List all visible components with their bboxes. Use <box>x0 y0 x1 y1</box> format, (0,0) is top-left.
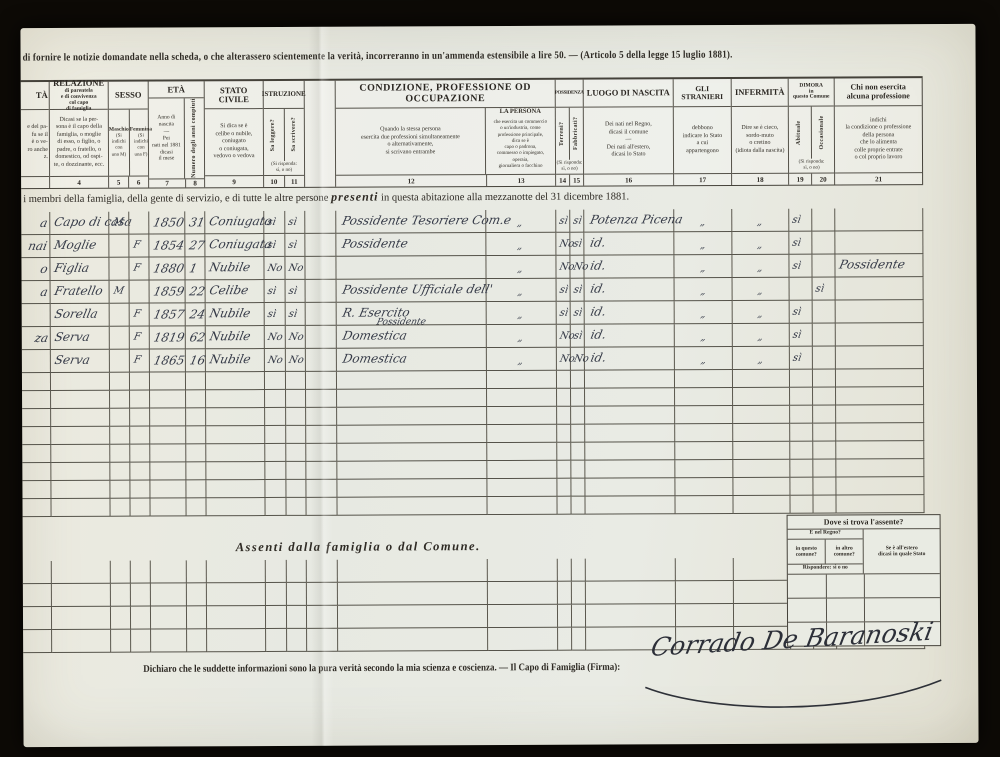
col-num-12: 12 <box>336 175 487 187</box>
cell-sesso-m: M <box>110 281 130 304</box>
col-title-non-esercita: Chi non esercita alcuna professione <box>835 78 922 106</box>
col-stato-civile: STATO CIVILE Si dica se è celibe o nubil… <box>205 81 264 187</box>
cell-name-fragment: a <box>22 281 51 304</box>
cell-sesso-f <box>130 281 150 304</box>
cell-sa-leggere: No <box>265 326 286 349</box>
cell-anni-compiuti: 31 <box>185 211 205 234</box>
cell-name-fragment: nai <box>21 235 50 258</box>
cell-professione: Domestica <box>337 325 487 349</box>
cell-dimora-occasionale <box>812 232 835 255</box>
cell-luogo-nascita: id. <box>585 324 675 347</box>
cell-dimora-occasionale: sì <box>813 278 836 301</box>
cell-sesso-f: F <box>130 327 150 350</box>
col-title-paternita: TÀ <box>21 82 49 110</box>
cell-dimora-abituale: sì <box>789 209 812 232</box>
cell-infermita-ditto: „ <box>732 209 789 232</box>
cell-sa-scrivere: sì <box>285 211 305 234</box>
cell-stato-civile: Nubile <box>205 257 264 280</box>
col-desc-stranieri: debbono indicare lo Stato a cui apparten… <box>682 124 723 156</box>
cell-sa-scrivere: No <box>286 326 306 349</box>
cell-sa-scrivere: sì <box>286 303 306 326</box>
cell-infermita-ditto: „ <box>732 255 789 278</box>
col-num-non-esercita: 21 <box>835 173 922 184</box>
cell-sa-leggere: sì <box>265 303 286 326</box>
cell-name-fragment <box>22 304 51 327</box>
cell-persona-ditto: „ <box>486 233 556 256</box>
cell-persona-ditto: „ <box>487 325 557 348</box>
col-title-istruzione: ISTRUZIONE <box>264 81 304 109</box>
col-num-luogo-nascita: 16 <box>584 174 673 185</box>
cell-professione: Possidente <box>336 233 486 257</box>
col-num-paternita <box>21 177 49 188</box>
col-subtitle-relazione: di parentela e di convivenza col capo di… <box>61 88 97 112</box>
cell-luogo-nascita: id. <box>584 232 674 255</box>
cell-stranieri-ditto: „ <box>674 232 732 255</box>
cell-professione: Possidente Ufficiale dell' <box>337 279 487 303</box>
presenti-post: in questa abitazione alla mezzanotte del… <box>378 191 629 203</box>
cell-infermita-ditto: „ <box>733 278 790 301</box>
cell-sa-leggere: No <box>264 257 285 280</box>
col-num-scrivere: 11 <box>285 176 305 187</box>
cell-anno-nascita: 1854 <box>149 234 185 257</box>
assente-regno-label: E nel Regno? <box>788 529 863 539</box>
col-possidenza: POSSIDENZA Terreni? Fabbricati? (Si risp… <box>556 80 584 186</box>
cell-name-fragment: za <box>22 327 51 350</box>
cell-spacer <box>306 349 337 372</box>
cell-professione: Domestica <box>337 348 487 372</box>
census-form-paper: di fornire le notizie domandate nella sc… <box>20 24 978 747</box>
cell-chi-non-esercita <box>836 346 924 369</box>
cell-relazione: Sorella <box>51 304 110 327</box>
legal-notice: di fornire le notizie domandate nella sc… <box>23 47 953 63</box>
cell-sesso-m <box>109 235 129 258</box>
cell-fabbricati: No <box>570 256 584 279</box>
cell-dimora-abituale: sì <box>790 324 813 347</box>
cell-professione <box>336 256 486 280</box>
col-num-stato-civile: 9 <box>205 176 263 187</box>
cell-infermita-ditto: „ <box>733 324 790 347</box>
cell-anni-compiuti: 27 <box>185 234 205 257</box>
cell-fabbricati: sì <box>571 325 585 348</box>
cell-stranieri-ditto: „ <box>675 324 733 347</box>
signature-flourish <box>641 672 951 719</box>
cell-professione: Possidente Tesoriere Com.e <box>336 210 486 234</box>
col-desc-sa-leggere: Sa leggere? <box>270 119 278 151</box>
cell-name-fragment: o <box>21 258 50 281</box>
note-femmina: (Si indichi con una F) <box>134 133 148 158</box>
cell-anno-nascita: 1819 <box>150 326 186 349</box>
col-title-luogo-nascita: LUOGO DI NASCITA <box>584 79 673 107</box>
col-title-stranieri: GLI STRANIERI <box>674 79 731 107</box>
col-title-dimora: DIMORA in questo Comune <box>789 79 834 107</box>
cell-stato-civile: Nubile <box>206 326 265 349</box>
cell-name-fragment: a <box>21 212 50 235</box>
cell-name-fragment <box>22 350 51 373</box>
cell-chi-non-esercita: Possidente <box>835 254 923 277</box>
cell-spacer <box>305 234 336 257</box>
col-title-la-persona: LA PERSONA <box>500 108 541 116</box>
col-title-stato-civile: STATO CIVILE <box>205 81 263 109</box>
col-num-femmina: 6 <box>129 177 148 188</box>
col-title-sesso: SESSO <box>109 82 148 110</box>
cell-relazione: Moglie <box>50 235 109 258</box>
cell-sesso-m <box>109 258 129 281</box>
cell-sesso-m: M <box>109 212 129 235</box>
cell-relazione: Fratello <box>51 281 110 304</box>
assente-box-title: Dove si trova l'assente? <box>788 515 940 530</box>
col-condizione: CONDIZIONE, PROFESSIONE OD OCCUPAZIONE Q… <box>336 80 556 187</box>
cell-terreni: No <box>556 256 570 279</box>
cell-sesso-f <box>129 212 149 235</box>
cell-sesso-f: F <box>130 350 150 373</box>
col-desc-sa-scrivere: Sa scrivere? <box>290 117 298 152</box>
col-num-terreni: 14 <box>556 175 570 186</box>
col-istruzione: ISTRUZIONE Sa leggere? Sa scrivere? (Si … <box>264 81 305 187</box>
cell-fabbricati: sì <box>570 233 584 256</box>
cell-persona-ditto: „ <box>487 302 557 325</box>
cell-anni-compiuti: 1 <box>185 257 205 280</box>
cell-anni-compiuti: 24 <box>186 303 206 326</box>
cell-dimora-abituale <box>790 278 813 301</box>
cell-anni-compiuti: 62 <box>186 326 206 349</box>
cell-relazione: Capo di casa <box>50 212 109 235</box>
col-num-fabbricati: 15 <box>570 175 583 186</box>
cell-stato-civile: Nubile <box>206 303 265 326</box>
cell-infermita-ditto: „ <box>733 301 790 324</box>
cell-chi-non-esercita <box>836 277 924 300</box>
cell-fabbricati: sì <box>571 279 585 302</box>
col-title-relazione: RELAZIONE <box>53 79 104 88</box>
col-desc-13: che esercita un commercio o un'industria… <box>493 119 549 171</box>
col-stranieri: GLI STRANIERI debbono indicare lo Stato … <box>674 79 732 185</box>
col-desc-12: Quando la stessa persona esercita due pr… <box>360 125 461 157</box>
cell-anno-nascita: 1880 <box>149 257 185 280</box>
cell-dimora-occasionale <box>813 301 836 324</box>
cell-dimora-occasionale <box>812 209 835 232</box>
col-dimora: DIMORA in questo Comune Abituale Occasio… <box>789 79 835 185</box>
col-desc-terreni: Terreni? <box>559 121 567 145</box>
col-desc-occasionale: Occasionale <box>819 115 827 149</box>
cell-luogo-nascita: id. <box>585 301 675 324</box>
assente-altro-comune: in altro comune? <box>826 539 863 563</box>
col-num-maschio: 5 <box>109 177 129 188</box>
cell-stato-civile: Coniugato <box>205 211 264 234</box>
cell-spacer <box>306 303 337 326</box>
cell-spacer <box>305 257 336 280</box>
col-note-possidenza: (Si risponda: sì, o no) <box>556 159 583 174</box>
cell-sa-scrivere: No <box>285 257 305 280</box>
col-note-istruzione: (Si risponda: sì, o no) <box>264 160 304 175</box>
cell-luogo-nascita: id. <box>584 255 674 278</box>
col-num-infermita: 18 <box>732 174 788 185</box>
col-eta: ETÀ Anno di nascita — Pei nati nel 1881 … <box>149 81 205 187</box>
cell-sesso-m <box>110 350 130 373</box>
cell-fabbricati: No <box>571 348 585 371</box>
col-desc-anno-nascita: Anno di nascita — Pei nati nel 1881 dica… <box>149 114 184 164</box>
cell-spacer <box>306 280 337 303</box>
col-note-dimora: (Si risponda: sì, o no) <box>789 158 834 173</box>
presenti-pre: i membri della famiglia, della gente di … <box>23 193 331 205</box>
cell-sa-scrivere: sì <box>286 280 306 303</box>
col-num-stranieri: 17 <box>674 174 731 185</box>
column-header-table: TÀ e del pa- fu se il è o ve- ro anche z… <box>21 76 923 189</box>
assenti-section-title: Assenti dalla famiglia o dal Comune. <box>236 539 481 555</box>
cell-relazione: Serva <box>51 350 110 373</box>
cell-anno-nascita: 1859 <box>150 280 186 303</box>
note-maschio: (Si indichi con una M) <box>112 134 127 159</box>
col-paternita-partial: TÀ e del pa- fu se il è o ve- ro anche z… <box>21 82 50 188</box>
cell-persona-ditto: „ <box>487 279 557 302</box>
col-desc-non-esercita: indichi la condizione o professione dell… <box>844 116 912 163</box>
cell-stato-civile: Celibe <box>206 280 265 303</box>
cell-terreni: No <box>557 348 571 371</box>
cell-persona-ditto: „ <box>486 256 556 279</box>
cell-sesso-m <box>110 327 130 350</box>
cell-dimora-abituale: sì <box>790 301 813 324</box>
cell-terreni: No <box>557 325 571 348</box>
cell-stato-civile: Nubile <box>206 349 265 372</box>
cell-dimora-abituale: sì <box>790 347 813 370</box>
cell-dimora-abituale: sì <box>789 255 812 278</box>
cell-sesso-f: F <box>130 304 150 327</box>
cell-relazione: Serva <box>51 327 110 350</box>
cell-sa-leggere: sì <box>265 280 286 303</box>
cell-sa-leggere: sì <box>264 234 285 257</box>
cell-professione: R. EsercitoPossidente <box>337 302 487 326</box>
col-infermita: INFERMITÀ Dire se è cieco, sordo-muto o … <box>732 79 789 185</box>
cell-dimora-occasionale <box>813 347 836 370</box>
cell-sa-scrivere: sì <box>285 234 305 257</box>
cell-stranieri-ditto: „ <box>675 347 733 370</box>
col-desc-fabbricati: Fabbricati? <box>573 117 581 150</box>
cell-infermita-ditto: „ <box>732 232 789 255</box>
cell-terreni: sì <box>557 302 571 325</box>
cell-sa-scrivere: No <box>286 349 306 372</box>
col-desc-abituale: Abituale <box>796 120 804 144</box>
cell-dimora-abituale: sì <box>789 232 812 255</box>
col-desc-paternita: e del pa- fu se il è o ve- ro anche z. <box>21 123 49 163</box>
col-spacer <box>305 81 336 187</box>
col-relazione: RELAZIONE di parentela e di convivenza c… <box>50 82 109 188</box>
col-num-abituale: 19 <box>789 174 812 185</box>
cell-relazione: Figlia <box>50 258 109 281</box>
col-num-leggere: 10 <box>264 176 285 187</box>
cell-sesso-m <box>110 304 130 327</box>
cell-terreni: sì <box>556 210 570 233</box>
cell-anno-nascita: 1850 <box>149 211 185 234</box>
col-desc-luogo-nascita: Dei nati nel Regno, dicasi il comune — D… <box>604 121 653 161</box>
cell-infermita-ditto: „ <box>733 347 790 370</box>
col-title-possidenza: POSSIDENZA <box>556 80 583 108</box>
cell-luogo-nascita: id. <box>585 347 675 370</box>
cell-stranieri-ditto: „ <box>674 255 732 278</box>
cell-dimora-occasionale <box>812 255 835 278</box>
cell-sa-leggere: No <box>265 349 286 372</box>
assente-questo-comune: in questo comune? <box>788 540 826 564</box>
cell-terreni: No <box>556 233 570 256</box>
col-desc-stato-civile: Si dica se è celibe o nubile, coniugato … <box>212 122 255 162</box>
cell-chi-non-esercita <box>835 208 923 231</box>
cell-chi-non-esercita <box>836 323 924 346</box>
empty-grid-presenti <box>22 369 925 517</box>
col-title-eta: ETÀ <box>149 81 204 99</box>
col-luogo-nascita: LUOGO DI NASCITA Dei nati nel Regno, dic… <box>584 79 674 185</box>
cell-sa-leggere: sì <box>264 211 285 234</box>
cell-sesso-f: F <box>129 235 149 258</box>
cell-stranieri-ditto: „ <box>674 209 732 232</box>
presenti-rows: a Capo di casa M 1850 31 Coniugato sì sì… <box>21 208 924 373</box>
col-title-condizione: CONDIZIONE, PROFESSIONE OD OCCUPAZIONE <box>336 80 555 109</box>
col-num-relazione: 4 <box>50 177 108 188</box>
col-desc-infermita: Dire se è cieco, sordo-muto o cretino (i… <box>734 124 785 156</box>
col-num-13: 13 <box>487 175 555 186</box>
cell-fabbricati: sì <box>570 210 584 233</box>
presenti-emphasis: presenti <box>331 190 378 204</box>
cell-anni-compiuti: 16 <box>186 349 206 372</box>
assente-estero: Se è all'estero dicasi in quale Stato <box>864 529 940 573</box>
cell-stranieri-ditto: „ <box>675 301 733 324</box>
col-desc-relazione: Dicasi se la per- sona è il capo della f… <box>53 115 106 170</box>
cell-anno-nascita: 1865 <box>150 349 186 372</box>
cell-dimora-occasionale <box>813 324 836 347</box>
col-num-anno: 7 <box>149 179 186 187</box>
cell-chi-non-esercita <box>836 300 924 323</box>
cell-terreni: sì <box>557 279 571 302</box>
cell-persona-ditto: „ <box>487 348 557 371</box>
cell-sesso-f: F <box>129 258 149 281</box>
presenti-section-title: i membri della famiglia, della gente di … <box>23 187 923 206</box>
col-title-infermita: INFERMITÀ <box>732 79 788 107</box>
cell-spacer <box>306 326 337 349</box>
cell-anni-compiuti: 22 <box>186 280 206 303</box>
col-desc-anni-compiuti: Numero degli anni compiuti <box>190 99 198 179</box>
cell-anno-nascita: 1857 <box>150 303 186 326</box>
cell-fabbricati: sì <box>571 302 585 325</box>
cell-chi-non-esercita <box>835 231 923 254</box>
col-non-esercita: Chi non esercita alcuna professione indi… <box>835 78 923 184</box>
cell-stato-civile: Coniugata <box>205 234 264 257</box>
cell-luogo-nascita: Potenza Picena <box>584 209 674 232</box>
cell-stranieri-ditto: „ <box>675 278 733 301</box>
cell-spacer <box>305 211 336 234</box>
col-num-anni: 8 <box>186 179 204 187</box>
assente-note: Rispondere: sì o no <box>788 563 863 573</box>
col-sesso: SESSO Maschio (Si indichi con una M) Fem… <box>109 82 149 188</box>
col-num-occasionale: 20 <box>812 174 834 185</box>
cell-luogo-nascita: id. <box>585 278 675 301</box>
